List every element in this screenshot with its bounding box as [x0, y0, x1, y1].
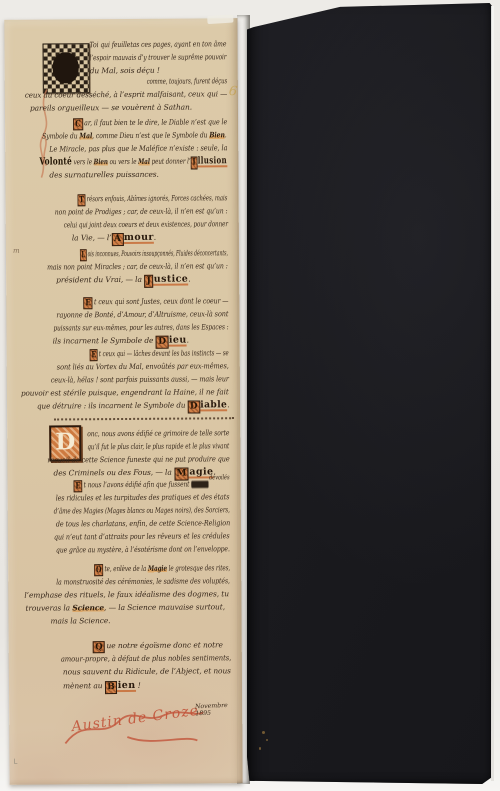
manuscript-line: l’espoir mauvais d’y trouver le suprême … — [90, 51, 227, 64]
bottom-left-mark: L — [13, 758, 17, 766]
manuscript-line: Que notre égoïsme donc et notre — [93, 639, 223, 653]
manuscript-line: Toi qui feuilletas ces pages, ayant en t… — [89, 38, 226, 51]
manuscript-line: Et nous l’avons édifié afin que fussent … — [74, 478, 230, 492]
date-label: Novembre 1895 — [195, 701, 243, 717]
manuscript-line: comme, toujours, furent déçus — [147, 75, 227, 88]
manuscript-line: que grâce au mystère, à l’ésotérisme don… — [56, 543, 230, 556]
manuscript-line: d’âme des Magies (Mages blancs ou Mages … — [54, 504, 230, 517]
cover-edge-highlight — [491, 6, 494, 781]
photo-stage: D Toi qui feuilletas ces pages, ayant en… — [0, 0, 500, 791]
manuscript-line: pouvoir est stérile puisque, engendrant … — [21, 386, 229, 399]
manuscript-line: nous sauvent du Ridicule, de l’Abject, e… — [63, 665, 231, 678]
manuscript-line: que détruire : ils incarnent le Symbole … — [37, 399, 229, 414]
text-layer: Toi qui feuilletas ces pages, ayant en t… — [4, 18, 242, 785]
manuscript-line: Trésors enfouis, Abîmes ignorés, Forces … — [78, 192, 228, 206]
manuscript-line: mais non point Miracles ; car, de ceux-l… — [47, 260, 228, 273]
manuscript-line: Ôte, enlève de la Magie le grotesque des… — [94, 562, 230, 576]
cover-fleck — [266, 739, 268, 741]
manuscript-line: la monstruosité des cérémonies, le sadis… — [56, 575, 230, 588]
manuscript-line: puissants sur eux-mêmes, pour les autres… — [53, 321, 228, 334]
left-margin-mark: m — [13, 247, 20, 255]
manuscript-line: sont liés au Vortex du Mal, envoûtés par… — [57, 360, 229, 373]
cover-fleck — [262, 731, 265, 734]
manuscript-line: mais la Science. — [50, 615, 110, 627]
manuscript-line: qu’il fut le plus clair, le plus rapide … — [87, 440, 229, 453]
manuscript-line: des surnaturelles puissances. — [49, 169, 158, 182]
manuscript-line: la Vie, — l’Amour. — [72, 232, 156, 247]
manuscript-line: Et ceux qui sont Justes, ceux dont le co… — [83, 295, 228, 309]
manuscript-line: pareils orgueilleux — se vouèrent à Sath… — [30, 102, 192, 115]
manuscript-line: l’emphase des rituels, le faux idéalisme… — [24, 588, 229, 601]
manuscript-line: Et ceux qui — lâches devant les bas inst… — [90, 347, 229, 361]
manuscript-line: amour-propre, à défaut de plus nobles se… — [61, 652, 232, 665]
manuscript-line: onc, nous avons édifié ce grimoire de te… — [87, 427, 229, 440]
manuscript-line: trouveras la Science, — la Science mauva… — [25, 601, 225, 614]
manuscript-line: de tous les charlatans, enfin, de cette … — [56, 517, 230, 530]
manuscript-page: D Toi qui feuilletas ces pages, ayant en… — [4, 18, 242, 785]
manuscript-line: celui qui joint deux coeurs et deux exis… — [64, 218, 228, 231]
manuscript-line: ceux au coeur desséché, à l’esprit malfa… — [25, 88, 227, 101]
signature: Austin de Croze — [57, 690, 207, 761]
manuscript-line: ceux-là, hélas ! sont parfois puissants … — [51, 373, 229, 386]
cover-fleck — [259, 747, 261, 750]
manuscript-line: qui n’eut tant d’attraits pour les rêveu… — [54, 530, 230, 543]
manuscript-line: Le Miracle, pas plus que le Maléfice n’e… — [49, 142, 227, 155]
manuscript-line: recueil de cette Science funeste qui ne … — [47, 453, 229, 466]
manuscript-line: rayonne de Bonté, d’Amour, d’Altruisme, … — [56, 308, 228, 321]
manuscript-line: Lois inconnues, Pouvoirs insoupçonnés, F… — [80, 247, 228, 261]
manuscript-line: Symbole du Mal, comme Dieu n’est que le … — [42, 129, 227, 142]
manuscript-line: président du Vrai, — la Justice. — [56, 274, 190, 289]
manuscript-line: non point de Prodiges ; car, de ceux-là,… — [55, 205, 228, 218]
manuscript-line: les ridicules et les turpitudes des prat… — [56, 491, 230, 504]
black-cover-page — [247, 3, 492, 784]
manuscript-line: Car, il faut bien te le dire, le Diable … — [73, 116, 227, 130]
